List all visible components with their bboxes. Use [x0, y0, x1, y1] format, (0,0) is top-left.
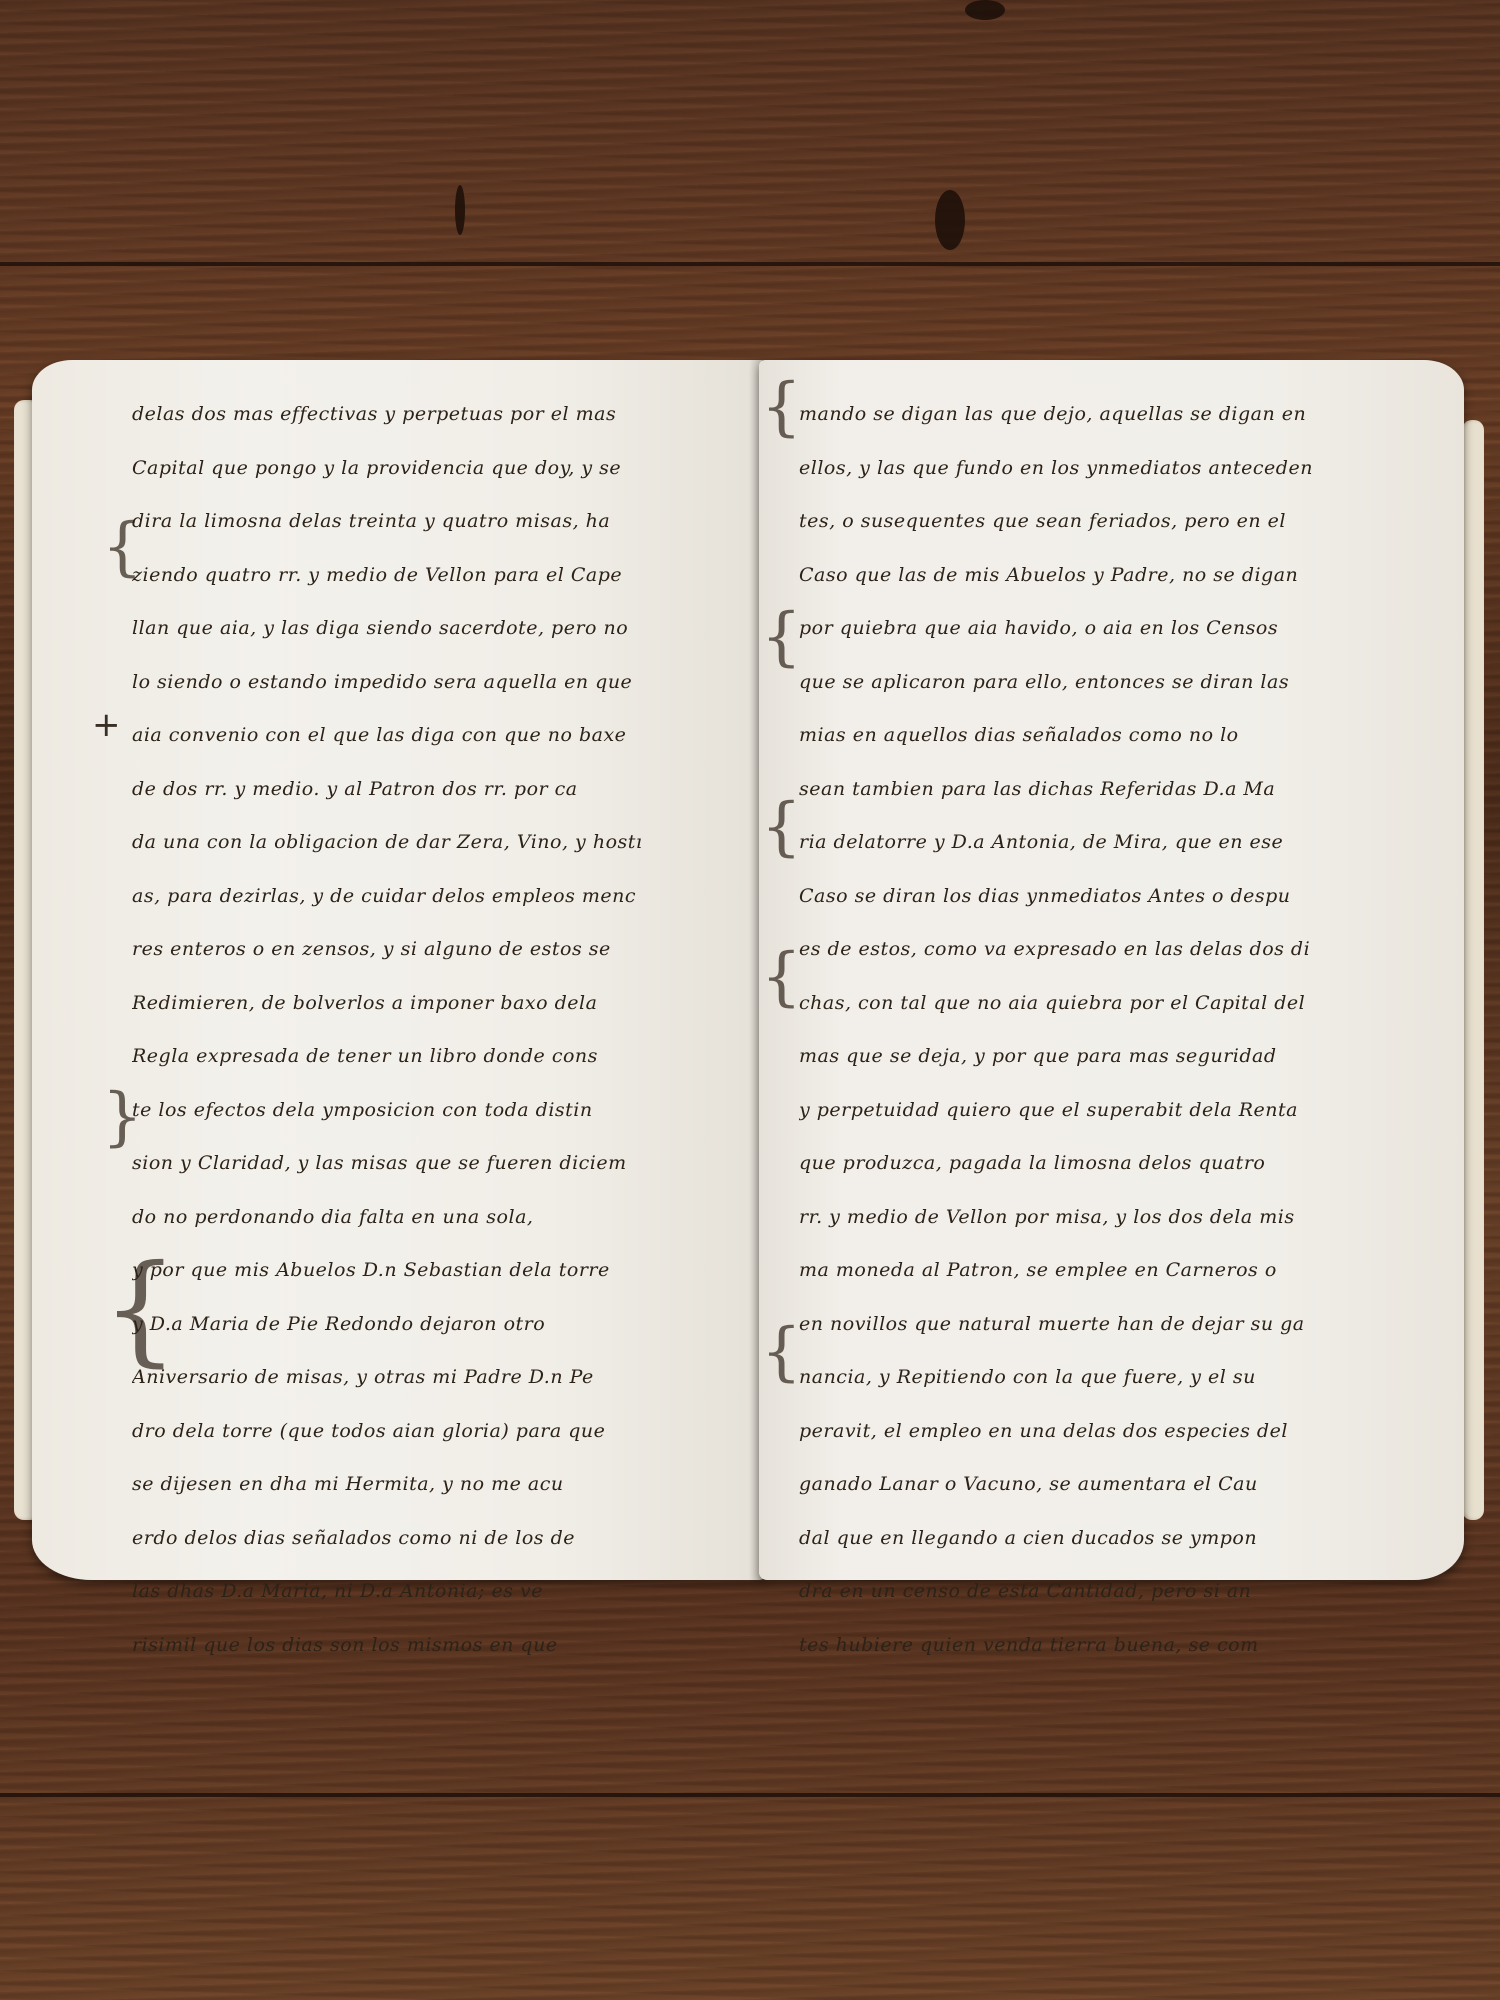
manuscript-line: es de estos, como va expresado en las de…: [799, 923, 1439, 977]
wood-knot: [965, 0, 1005, 20]
manuscript-line: y D.a Maria de Pie Redondo dejaron otro: [132, 1298, 742, 1352]
manuscript-line: que se aplicaron para ello, entonces se …: [799, 656, 1439, 710]
manuscript-line: sion y Claridad, y las misas que se fuer…: [132, 1137, 742, 1191]
margin-cross-mark: +: [92, 705, 121, 745]
manuscript-line: peravit, el empleo en una delas dos espe…: [799, 1405, 1439, 1459]
manuscript-line: do no perdonando dia falta en una sola,: [132, 1191, 742, 1245]
manuscript-line: nancia, y Repitiendo con la que fuere, y…: [799, 1351, 1439, 1405]
manuscript-line: mando se digan las que dejo, aquellas se…: [799, 388, 1439, 442]
manuscript-line: tes, o susequentes que sean feriados, pe…: [799, 495, 1439, 549]
manuscript-line: por quiebra que aia havido, o aia en los…: [799, 602, 1439, 656]
manuscript-line: las dhas D.a Maria, ni D.a Antonia; es v…: [132, 1565, 742, 1619]
manuscript-line: as, para dezirlas, y de cuidar delos emp…: [132, 870, 742, 924]
left-page-text: delas dos mas effectivas y perpetuas por…: [132, 388, 742, 1672]
manuscript-line: delas dos mas effectivas y perpetuas por…: [132, 388, 742, 442]
manuscript-line: Caso que las de mis Abuelos y Padre, no …: [799, 549, 1439, 603]
manuscript-line: aia convenio con el que las diga con que…: [132, 709, 742, 763]
manuscript-line: da una con la obligacion de dar Zera, Vi…: [132, 816, 742, 870]
right-page-text: mando se digan las que dejo, aquellas se…: [799, 388, 1439, 1672]
manuscript-line: dira la limosna delas treinta y quatro m…: [132, 495, 742, 549]
manuscript-line: risimil que los dias son los mismos en q…: [132, 1619, 742, 1673]
manuscript-line: en novillos que natural muerte han de de…: [799, 1298, 1439, 1352]
manuscript-line: mas que se deja, y por que para mas segu…: [799, 1030, 1439, 1084]
right-page: { { { { { mando se digan las que dejo, a…: [759, 360, 1464, 1580]
manuscript-line: res enteros o en zensos, y si alguno de …: [132, 923, 742, 977]
left-page: { + } { delas dos mas effectivas y perpe…: [32, 360, 767, 1580]
manuscript-line: Redimieren, de bolverlos a imponer baxo …: [132, 977, 742, 1031]
manuscript-line: ellos, y las que fundo en los ynmediatos…: [799, 442, 1439, 496]
wood-knot: [935, 190, 965, 250]
table-plank-seam-top: [0, 262, 1500, 266]
margin-bracket: {: [761, 1315, 802, 1389]
manuscript-line: dra en un censo de esta Cantidad, pero s…: [799, 1565, 1439, 1619]
manuscript-line: erdo delos dias señalados como ni de los…: [132, 1512, 742, 1566]
manuscript-line: ria delatorre y D.a Antonia, de Mira, qu…: [799, 816, 1439, 870]
manuscript-line: ziendo quatro rr. y medio de Vellon para…: [132, 549, 742, 603]
manuscript-line: sean tambien para las dichas Referidas D…: [799, 763, 1439, 817]
manuscript-line: dal que en llegando a cien ducados se ym…: [799, 1512, 1439, 1566]
wood-knot: [455, 185, 465, 235]
manuscript-line: tes hubiere quien venda tierra buena, se…: [799, 1619, 1439, 1673]
margin-bracket: {: [761, 370, 802, 444]
manuscript-line: ma moneda al Patron, se emplee en Carner…: [799, 1244, 1439, 1298]
manuscript-line: Caso se diran los dias ynmediatos Antes …: [799, 870, 1439, 924]
manuscript-line: Regla expresada de tener un libro donde …: [132, 1030, 742, 1084]
manuscript-line: que produzca, pagada la limosna delos qu…: [799, 1137, 1439, 1191]
manuscript-line: de dos rr. y medio. y al Patron dos rr. …: [132, 763, 742, 817]
margin-bracket: {: [761, 600, 802, 674]
manuscript-line: dro dela torre (que todos aian gloria) p…: [132, 1405, 742, 1459]
manuscript-line: Aniversario de misas, y otras mi Padre D…: [132, 1351, 742, 1405]
manuscript-line: rr. y medio de Vellon por misa, y los do…: [799, 1191, 1439, 1245]
margin-bracket: {: [761, 790, 802, 864]
manuscript-line: te los efectos dela ymposicion con toda …: [132, 1084, 742, 1138]
manuscript-line: y por que mis Abuelos D.n Sebastian dela…: [132, 1244, 742, 1298]
manuscript-line: ganado Lanar o Vacuno, se aumentara el C…: [799, 1458, 1439, 1512]
manuscript-line: mias en aquellos dias señalados como no …: [799, 709, 1439, 763]
table-plank-seam-bottom: [0, 1793, 1500, 1797]
manuscript-line: se dijesen en dha mi Hermita, y no me ac…: [132, 1458, 742, 1512]
manuscript-line: llan que aia, y las diga siendo sacerdot…: [132, 602, 742, 656]
open-manuscript: { + } { delas dos mas effectivas y perpe…: [14, 360, 1484, 1580]
manuscript-line: lo siendo o estando impedido sera aquell…: [132, 656, 742, 710]
manuscript-line: chas, con tal que no aia quiebra por el …: [799, 977, 1439, 1031]
manuscript-line: y perpetuidad quiero que el superabit de…: [799, 1084, 1439, 1138]
manuscript-line: Capital que pongo y la providencia que d…: [132, 442, 742, 496]
margin-bracket: {: [761, 940, 802, 1014]
right-page-stack-edge: [1462, 420, 1484, 1520]
